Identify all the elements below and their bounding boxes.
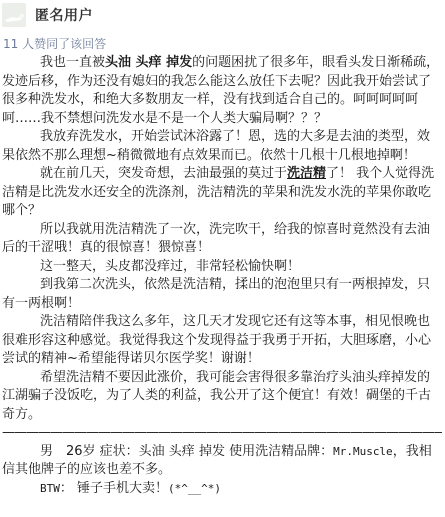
paragraph: 男 26岁 症状：头油 头痒 掉发 使用洗洁精品牌：Mr.Muscle，我相信其…: [2, 443, 442, 480]
answer-header: 匿名用户: [0, 0, 445, 30]
likes-label: 人赞同了该回答: [22, 37, 106, 51]
paragraph: 到我第二次洗头，依然是洗洁精，揉出的泡泡里只有一两根掉发，只有一两根啊！: [2, 276, 442, 313]
paragraph: 我放弃洗发水，开始尝试沐浴露了！恩，选的大多是去油的类型，效果依然不那么理想~稍…: [2, 128, 442, 165]
avatar[interactable]: [2, 3, 26, 27]
emoticon: (*^__^*): [168, 482, 221, 495]
separator-line: ————————————————————————————————————————: [2, 424, 442, 443]
paragraph: 我也一直被头油 头痒 掉发的问题困扰了很多年，眼看头发日渐稀疏，发迹后移，作为还…: [2, 54, 442, 128]
bold-symptoms: 头油 头痒 掉发: [105, 55, 192, 70]
likes-count[interactable]: 11 人赞同了该回答: [3, 35, 106, 52]
highlight-link[interactable]: 洗洁精: [287, 166, 326, 181]
paragraph: BTW： 锤子手机大卖！(*^__^*): [2, 480, 442, 499]
username[interactable]: 匿名用户: [35, 5, 93, 25]
brand-name: Mr.Muscle: [333, 445, 393, 458]
default-avatar-icon: [2, 3, 26, 27]
paragraph: 这一整天，头皮都没痒过，非常轻松愉快啊！: [2, 258, 442, 277]
paragraph: 希望洗洁精不要因此涨价，我可能会害得很多靠治疗头油头痒掉发的江湖骗子没饭吃，为了…: [2, 369, 442, 425]
paragraph: 洗洁精陪伴我这么多年，这几天才发现它还有这等本事，相见恨晚也很难形容这种感觉。我…: [2, 313, 442, 369]
answer-body: 我也一直被头油 头痒 掉发的问题困扰了很多年，眼看头发日渐稀疏，发迹后移，作为还…: [2, 54, 442, 498]
paragraph: 就在前几天，突发奇想，去油最强的莫过于洗洁精了！ 我个人觉得洗洁精是比洗发水还安…: [2, 165, 442, 221]
paragraph: 所以我就用洗洁精洗了一次，洗完吹干，给我的惊喜时竟然没有去油后的干涩哦！真的很惊…: [2, 221, 442, 258]
likes-number: 11: [3, 37, 18, 51]
